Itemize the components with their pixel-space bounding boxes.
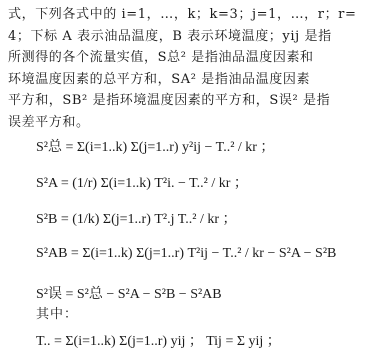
paragraph-line-2: 4；下标 A 表示油品温度，B 表示环境温度；yij 是指: [8, 26, 320, 48]
equation-s-a: S²A = (1/r) Σ(i=1..k) T²i. − T..² / kr ；: [36, 172, 248, 192]
paragraph-line-3: 所测得的各个流量实值，S总² 是指油品温度因素和: [8, 47, 320, 69]
paragraph-line-4: 环境温度因素的总平方和，SA² 是指油品温度因素: [8, 69, 320, 91]
paragraph-line-6: 误差平方和。: [8, 112, 320, 134]
paragraph-line-1: 式，下列各式中的 i=1，…，k；k=3；j=1，…，r；r=: [8, 4, 320, 26]
equation-s-ab: S²AB = Σ(i=1..k) Σ(j=1..r) T²ij − T..² /…: [36, 246, 336, 262]
equation-s-error: S²误 = S²总 − S²A − S²B − S²AB: [36, 283, 222, 303]
equation-s-b: S²B = (1/k) Σ(j=1..r) T².j T..² / kr ；: [36, 208, 237, 228]
equation-t-definitions: T.. = Σ(i=1..k) Σ(j=1..r) yij ； Tij = Σ …: [36, 330, 281, 350]
explanation-paragraph: 式，下列各式中的 i=1，…，k；k=3；j=1，…，r；r= 4；下标 A 表…: [8, 4, 320, 133]
where-label: 其中：: [36, 303, 78, 322]
paragraph-line-5: 平方和，SB² 是指环境温度因素的平方和，S误² 是指: [8, 90, 320, 112]
equation-s-total: S²总 = Σ(i=1..k) Σ(j=1..r) y²ij − T..² / …: [36, 136, 274, 156]
